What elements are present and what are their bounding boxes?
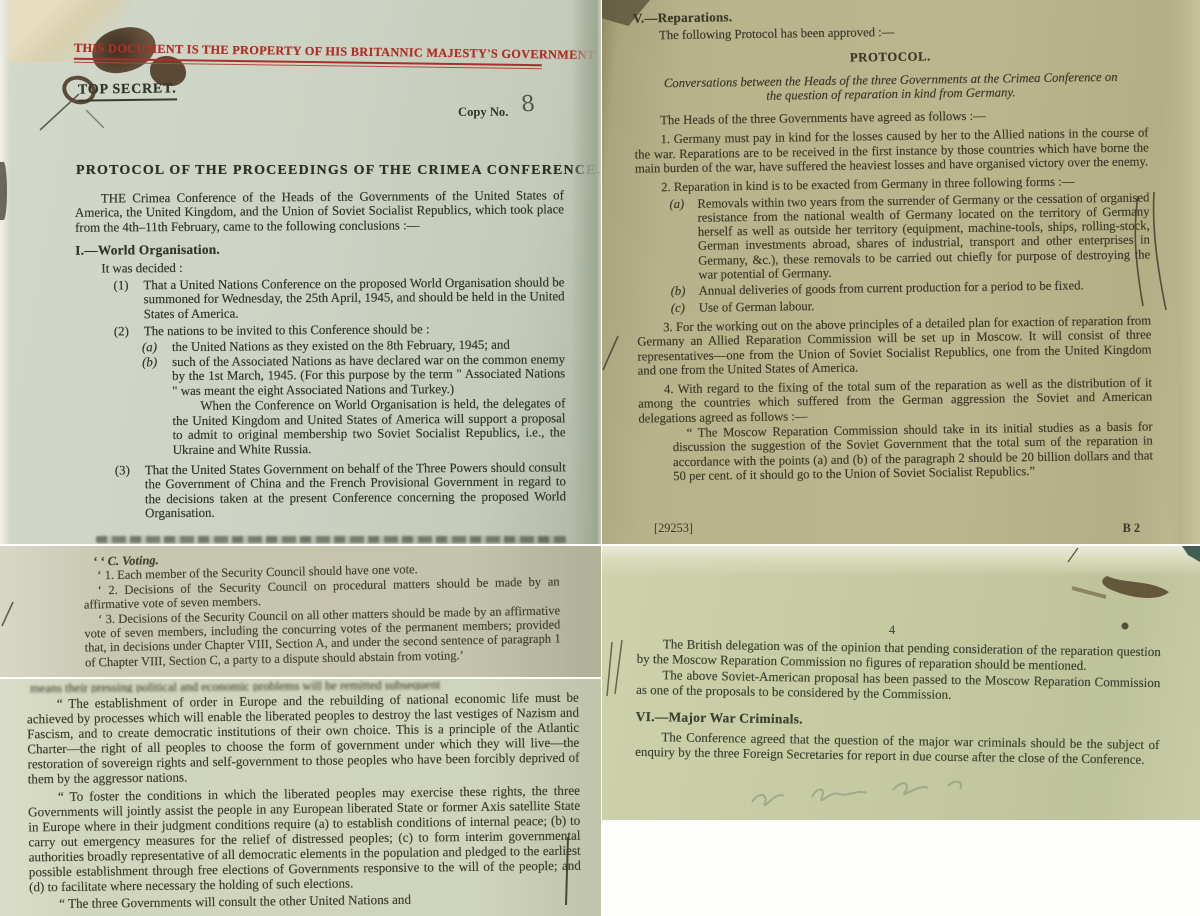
page-1-scan: THIS DOCUMENT IS THE PROPERTY OF HIS BRI…	[0, 0, 601, 544]
edge-nick	[0, 162, 7, 220]
item-text: That the United States Government on beh…	[145, 460, 566, 520]
list-subitem: (b) such of the Associated Nations as ha…	[76, 352, 565, 399]
pencil-tick	[86, 110, 104, 128]
paragraph-foster: “ To foster the conditions in which the …	[28, 782, 581, 894]
protocol-title: PROTOCOL.	[633, 46, 1147, 67]
pencil-slash	[603, 336, 618, 370]
subitem-text: Use of German labour.	[699, 299, 815, 315]
decided-line: It was decided :	[101, 258, 564, 276]
page-5-text: The British delegation was of the opinio…	[635, 636, 1161, 768]
page-4-text: “ The establishment of order in Europe a…	[27, 690, 582, 912]
paragraph-establishment: “ The establishment of order in Europe a…	[27, 690, 580, 787]
margin-pencil-line-2	[1154, 192, 1166, 310]
paragraph-3: 3. For the working out on the above prin…	[637, 313, 1152, 377]
margin-pencil-line-2	[615, 640, 622, 694]
paragraph-4: 4. With regard to the fixing of the tota…	[638, 376, 1153, 426]
approved-line: The following Protocol has been approved…	[633, 22, 1147, 43]
continuation-paragraph: When the Conference on World Organisatio…	[76, 397, 565, 458]
protocol-subtitle: Conversations between the Heads of the t…	[634, 69, 1148, 105]
page-3-text: ‘ ‘ C. Voting. ‘ 1. Each member of the S…	[83, 546, 561, 670]
list-item: (3) That the United States Government on…	[77, 460, 566, 521]
list-item: (1) That a United Nations Conference on …	[75, 275, 564, 322]
subitem-text: such of the Associated Nations as have d…	[172, 352, 565, 398]
page-2-scan: V.—Reparations. The following Protocol h…	[602, 0, 1200, 544]
page-number: 4	[602, 622, 1182, 638]
section-1-heading: I.—World Organisation.	[75, 241, 564, 259]
top-secret-stamp: TOP SECRET.	[78, 81, 177, 101]
torn-paper-shadow	[1072, 588, 1106, 597]
subitem-text: the United Nations as they existed on th…	[172, 337, 510, 353]
item-number: (1)	[113, 278, 128, 293]
list-subitem: (a) Removals within two years from the s…	[635, 190, 1150, 283]
subitem-text: Removals within two years from the surre…	[697, 190, 1150, 282]
section-vi-heading: VI.—Major War Criminals.	[636, 709, 1160, 733]
paragraph-1: 1. Germany must pay in kind for the loss…	[634, 126, 1149, 176]
subitem-letter: (b)	[142, 355, 157, 370]
paragraph-war-criminals: The Conference agreed that the question …	[635, 729, 1159, 768]
page-edge-highlight	[1166, 0, 1200, 544]
page-4-scan: means their pressing political and econo…	[0, 679, 601, 916]
cut-off-text-line	[96, 536, 566, 543]
item-text: That a United Nations Conference on the …	[143, 275, 564, 321]
page-5-scan: 4 The British delegation was of the opin…	[602, 546, 1200, 820]
copy-no-label: Copy No.	[458, 105, 508, 120]
quoted-paragraph: “ The Moscow Reparation Commission shoul…	[639, 419, 1154, 483]
subitem-letter: (a)	[142, 340, 157, 355]
item-number: (2)	[114, 325, 129, 340]
pencil-scribble	[752, 782, 961, 806]
subitem-letter: (c)	[671, 301, 685, 315]
scanned-document-composite: THIS DOCUMENT IS THE PROPERTY OF HIS BRI…	[0, 0, 1200, 916]
document-title: PROTOCOL OF THE PROCEEDINGS OF THE CRIME…	[76, 163, 566, 179]
property-banner: THIS DOCUMENT IS THE PROPERTY OF HIS BRI…	[74, 41, 542, 70]
subitem-letter: (b)	[671, 284, 686, 299]
page-3-scan: ‘ ‘ C. Voting. ‘ 1. Each member of the S…	[0, 546, 601, 677]
agreed-line: The Heads of the three Governments have …	[634, 107, 1148, 128]
page-2-text: V.—Reparations. The following Protocol h…	[633, 4, 1154, 483]
margin-pencil-line	[607, 642, 612, 696]
subitem-letter: (a)	[669, 196, 684, 211]
voting-rule-3: ‘ 3. Decisions of the Security Council o…	[84, 603, 561, 670]
intro-paragraph: THE Crimea Conference of the Heads of th…	[75, 188, 564, 235]
torn-paper-flap	[1102, 576, 1169, 598]
page-left-edge	[0, 0, 10, 544]
copy-no-handwritten: 8	[520, 91, 537, 117]
printer-reference: [29253]	[654, 521, 693, 536]
page-1-text: THE Crimea Conference of the Heads of th…	[75, 188, 566, 521]
torn-top-edge	[602, 546, 1200, 576]
pencil-slash	[2, 602, 13, 626]
signature-mark: B 2	[1123, 521, 1140, 536]
item-text: The nations to be invited to this Confer…	[144, 322, 430, 338]
page-edge-shadow	[571, 0, 601, 544]
item-number: (3)	[115, 463, 130, 478]
